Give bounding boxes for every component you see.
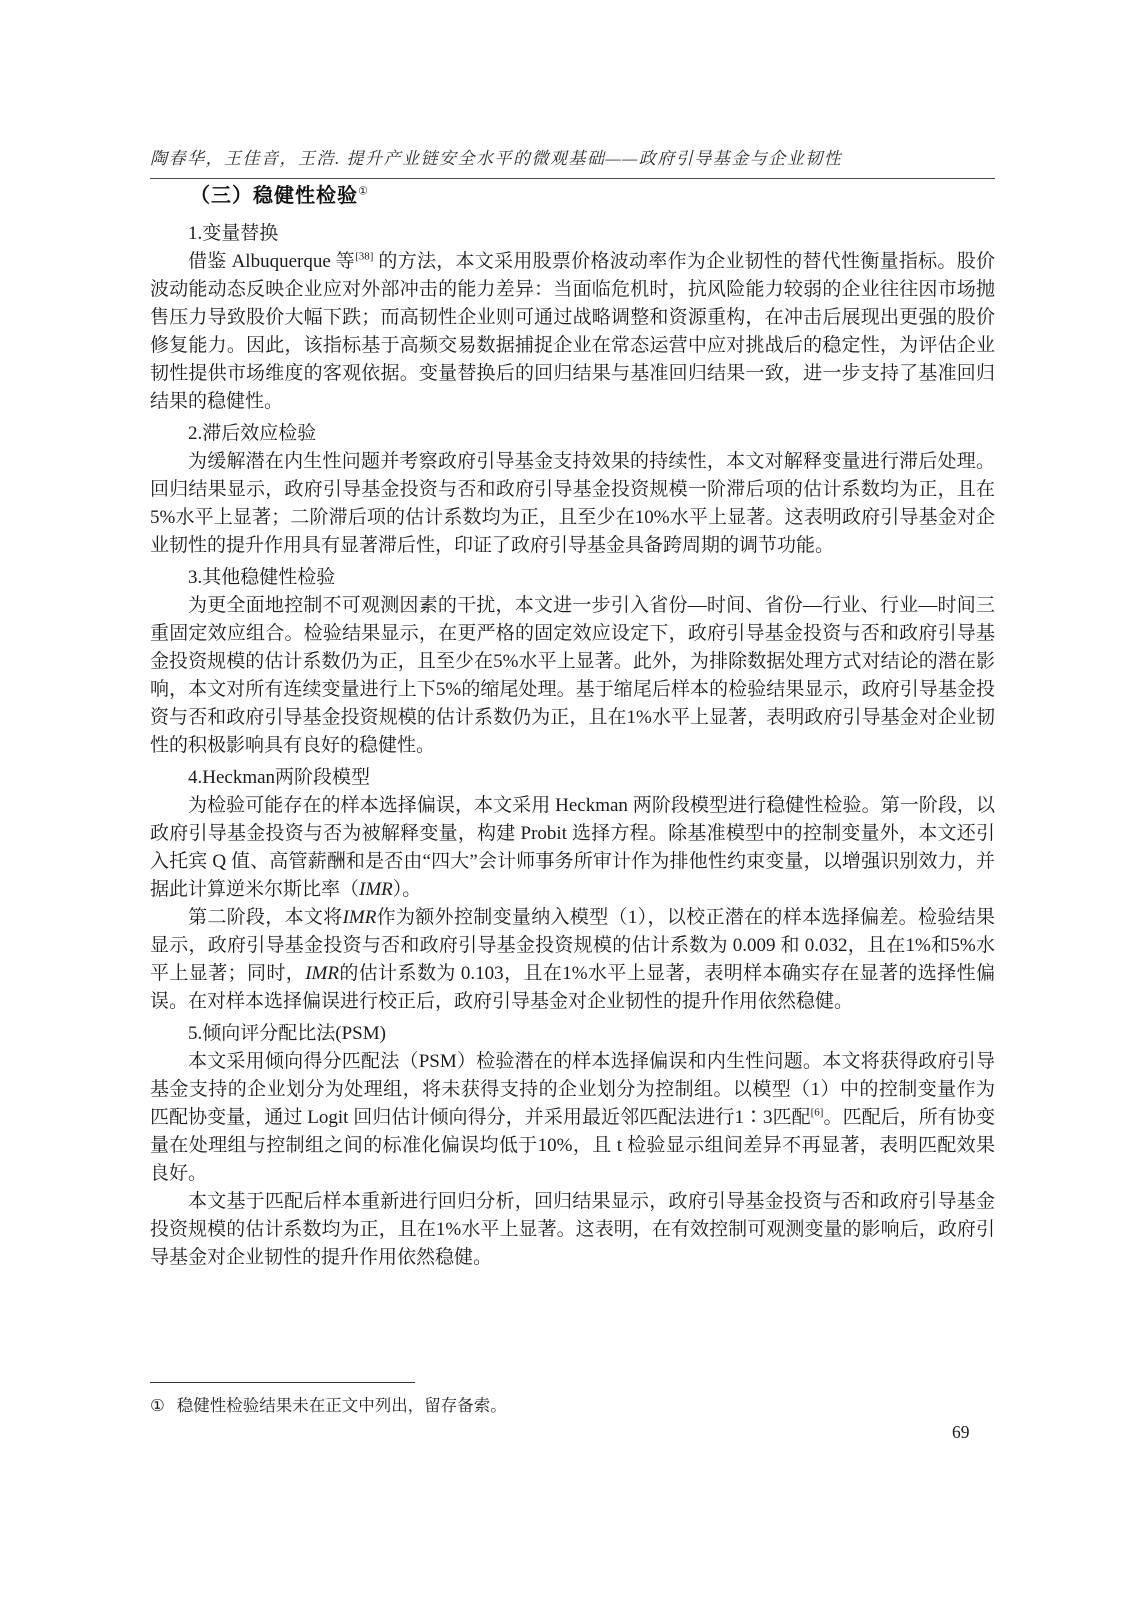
page-content: （三）稳健性检验① 1.变量替换借鉴 Albuquerque 等[38] 的方法… (150, 182, 995, 1272)
subsections-container: 1.变量替换借鉴 Albuquerque 等[38] 的方法，本文采用股票价格波… (150, 220, 995, 1272)
section-title: （三）稳健性检验① (150, 182, 995, 211)
running-header-text: 陶春华，王佳音，王浩. 提升产业链安全水平的微观基础——政府引导基金与企业韧性 (150, 149, 842, 168)
document-page: 陶春华，王佳音，王浩. 提升产业链安全水平的微观基础——政府引导基金与企业韧性 … (0, 0, 1140, 1600)
footnote-marker: ① (150, 1396, 165, 1415)
page-number: 69 (952, 1422, 970, 1443)
footnote-text: 稳健性检验结果未在正文中列出，留存备索。 (177, 1396, 507, 1415)
variable-name: IMR (359, 879, 393, 900)
subsection-heading: 1.变量替换 (150, 220, 995, 248)
running-header: 陶春华，王佳音，王浩. 提升产业链安全水平的微观基础——政府引导基金与企业韧性 (150, 144, 995, 179)
footnote-area: ①稳健性检验结果未在正文中列出，留存备索。 (150, 1382, 995, 1418)
body-paragraph: 第二阶段，本文将IMR作为额外控制变量纳入模型（1），以校正潜在的样本选择偏差。… (150, 904, 995, 1016)
body-paragraph: 本文基于匹配后样本重新进行回归分析，回归结果显示，政府引导基金投资与否和政府引导… (150, 1188, 995, 1272)
subsection-heading: 5.倾向评分配比法(PSM) (150, 1020, 995, 1048)
variable-name: IMR (343, 907, 377, 928)
text-run: 为更全面地控制不可观测因素的干扰，本文进一步引入省份—时间、省份—行业、行业—时… (150, 595, 995, 756)
body-paragraph: 为检验可能存在的样本选择偏误，本文采用 Heckman 两阶段模型进行稳健性检验… (150, 792, 995, 904)
section-title-text: （三）稳健性检验 (190, 185, 358, 207)
footnote-divider (150, 1382, 415, 1383)
subsection-heading: 3.其他稳健性检验 (150, 564, 995, 592)
body-paragraph: 本文采用倾向得分匹配法（PSM）检验潜在的样本选择偏误和内生性问题。本文将获得政… (150, 1048, 995, 1188)
text-run: 为缓解潜在内生性问题并考察政府引导基金支持效果的持续性，本文对解释变量进行滞后处… (150, 451, 995, 556)
body-paragraph: 为更全面地控制不可观测因素的干扰，本文进一步引入省份—时间、省份—行业、行业—时… (150, 592, 995, 760)
footnote: ①稳健性检验结果未在正文中列出，留存备索。 (150, 1394, 995, 1418)
subsection-heading: 4.Heckman两阶段模型 (150, 764, 995, 792)
body-paragraph: 借鉴 Albuquerque 等[38] 的方法，本文采用股票价格波动率作为企业… (150, 248, 995, 416)
variable-name: IMR (305, 963, 339, 984)
subsection-heading: 2.滞后效应检验 (150, 420, 995, 448)
text-run: 第二阶段，本文将 (188, 907, 343, 928)
text-run: 的方法，本文采用股票价格波动率作为企业韧性的替代性衡量指标。股价波动能动态反映企… (150, 251, 995, 412)
text-run: 为检验可能存在的样本选择偏误，本文采用 Heckman 两阶段模型进行稳健性检验… (150, 795, 995, 900)
footnote-reference-mark: ① (358, 185, 369, 197)
body-paragraph: 为缓解潜在内生性问题并考察政府引导基金支持效果的持续性，本文对解释变量进行滞后处… (150, 448, 995, 560)
text-run: ）。 (393, 879, 422, 900)
text-run: 本文基于匹配后样本重新进行回归分析，回归结果显示，政府引导基金投资与否和政府引导… (150, 1191, 995, 1268)
text-run: 借鉴 Albuquerque 等 (188, 251, 355, 272)
citation-reference-mark: [6] (811, 1107, 824, 1119)
citation-reference-mark: [38] (355, 251, 373, 263)
